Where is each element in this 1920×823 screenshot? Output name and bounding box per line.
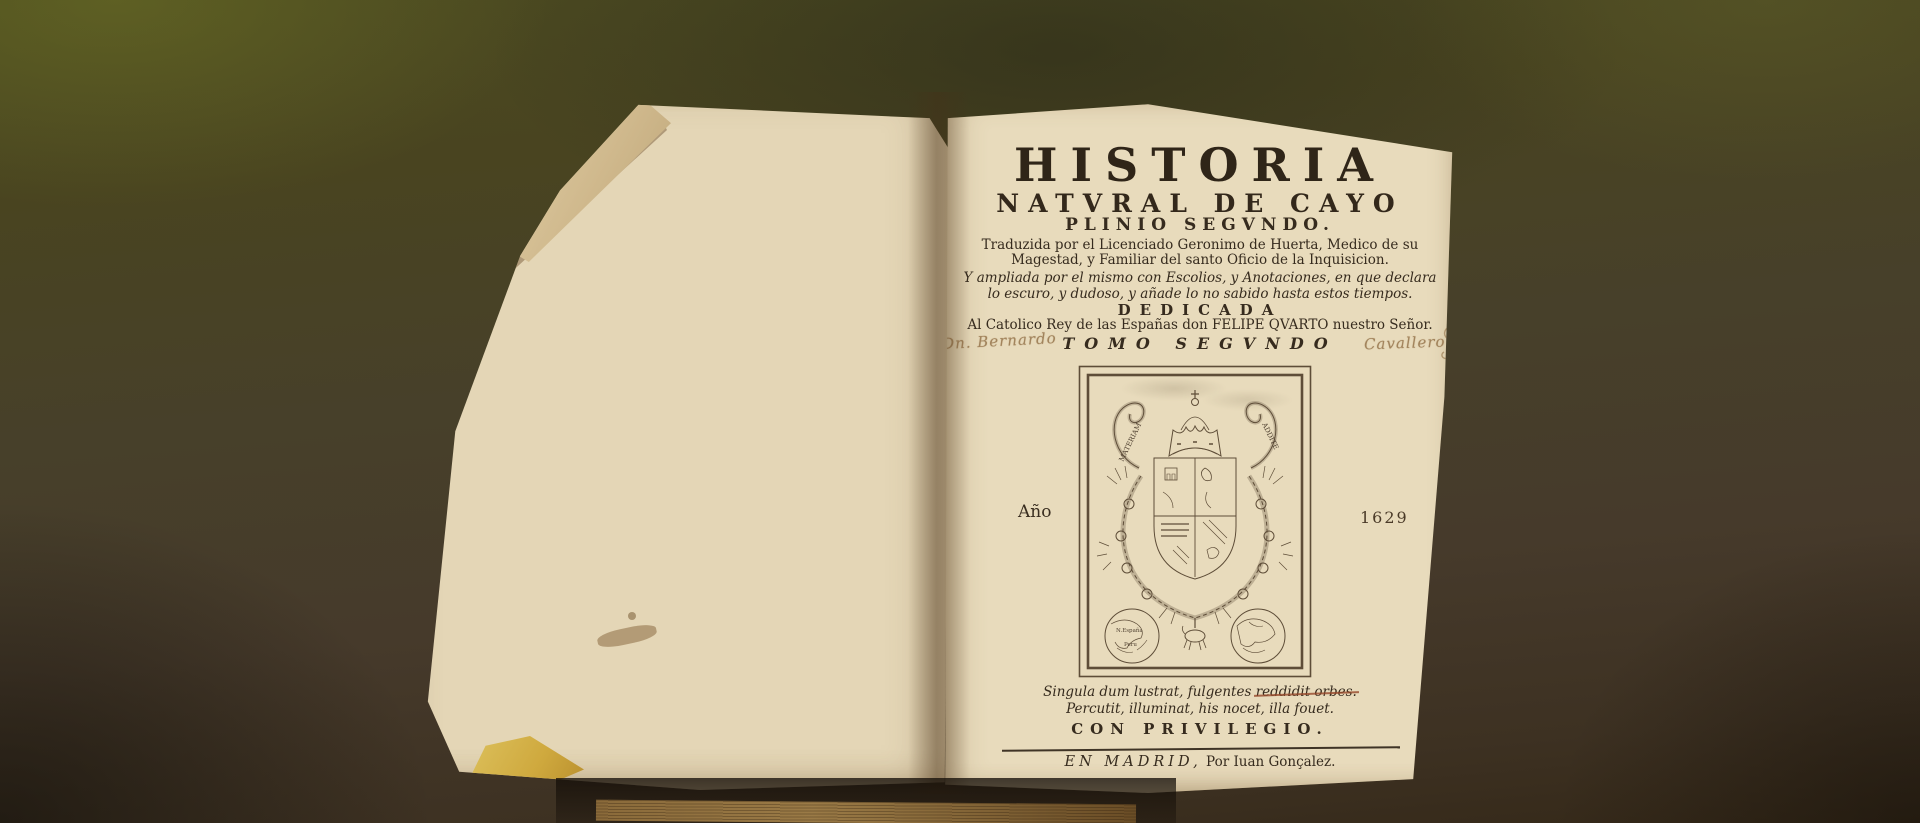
title-line-natural: NATVRAL DE CAYO [940, 189, 1460, 218]
right-motto-ribbon: ADDITE [1246, 403, 1280, 468]
coat-of-arms-engraving: MATERIAM ADDITE [1077, 364, 1313, 679]
globe-old-world-icon [1231, 609, 1285, 663]
imprint-divider-rule [1002, 746, 1400, 751]
text-block-fore-edge [596, 800, 1136, 823]
year-value: 1629 [1360, 508, 1409, 527]
left-blank-page [392, 88, 952, 790]
year-label: Año [1018, 502, 1051, 522]
title-line-historia: HISTORIA [940, 138, 1460, 192]
globe-label-nueva-espana: N.España [1116, 627, 1143, 634]
verse-start: Singula dum lustrat, fulgentes [1043, 684, 1256, 700]
amplification-note-line-1: Y ampliada por el mismo con Escolios, y … [940, 270, 1460, 286]
imprint-printer: Por Iuan Gonçalez. [1202, 754, 1336, 770]
crown-icon [1169, 390, 1221, 456]
verse-struck-words: reddidit orbes. [1256, 684, 1357, 700]
page-fold-corner [500, 84, 680, 262]
paper-stain [628, 612, 636, 620]
imprint-line: EN MADRID, Por Iuan Gonçalez. [940, 754, 1460, 770]
latin-verse-line-2: Percutit, illuminat, his nocet, illa fou… [940, 701, 1460, 717]
ribbon-left-label: MATERIAM [1118, 422, 1144, 463]
royal-shield-icon [1154, 458, 1236, 579]
handwritten-owner-name-right: Cavallero [1364, 333, 1446, 354]
table-surface: HISTORIA NATVRAL DE CAYO PLINIO SEGVNDO.… [0, 0, 1920, 823]
paper-stain [596, 622, 658, 650]
left-motto-ribbon: MATERIAM [1114, 403, 1144, 468]
translator-note-line-1: Traduzida por el Licenciado Geronimo de … [940, 237, 1460, 253]
handwriting-flourish [1436, 322, 1462, 366]
globe-label-peru: Peru [1124, 642, 1137, 648]
translator-note-line-2: Magestad, y Familiar del santo Oficio de… [940, 252, 1460, 268]
title-line-plinio: PLINIO SEGVNDO. [940, 215, 1460, 235]
globe-americas-icon: N.España Peru [1105, 609, 1159, 663]
amplification-note-line-2: lo escuro, y dudoso, y añade lo no sabid… [940, 286, 1460, 302]
title-page: HISTORIA NATVRAL DE CAYO PLINIO SEGVNDO.… [940, 98, 1460, 793]
privilege-line: CON PRIVILEGIO. [940, 720, 1460, 738]
latin-verse-line-1: Singula dum lustrat, fulgentes reddidit … [940, 684, 1460, 700]
imprint-place: EN MADRID, [1065, 754, 1202, 770]
golden-fleece-pendant-icon [1182, 618, 1206, 650]
